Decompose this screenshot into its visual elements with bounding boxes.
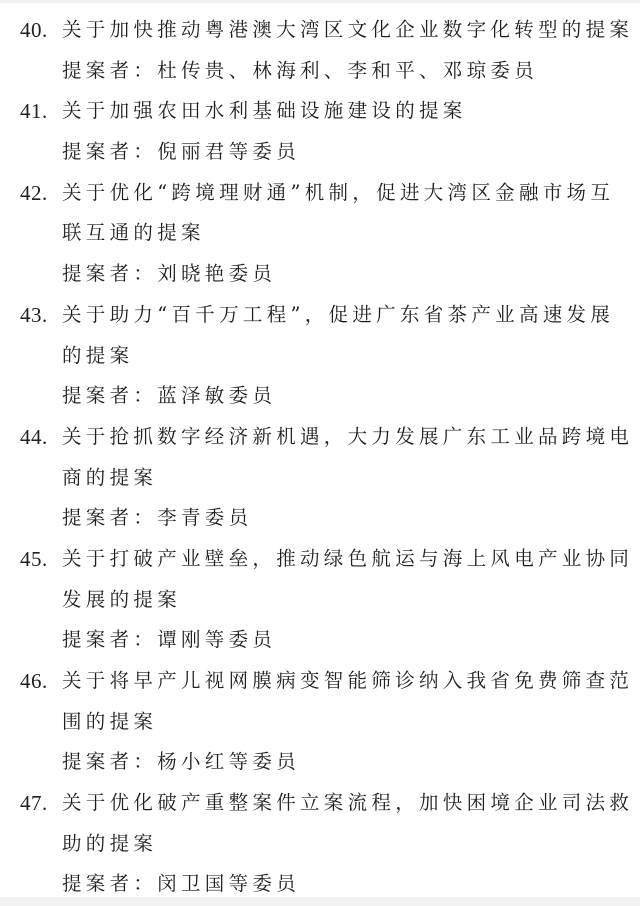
proposal-title: 关于打破产业壁垒，推动绿色航运与海上风电产业协同 [62, 539, 633, 580]
proposal-44-proposer: 提案者：李青委员 [0, 498, 640, 539]
proposal-number: 43. [20, 295, 48, 336]
proposal-43-title-line-2: 的提案 [0, 336, 640, 377]
proposal-title: 关于将早产儿视网膜病变智能筛诊纳入我省免费筛查范 [62, 661, 633, 702]
proposal-46-title-line-2: 围的提案 [0, 702, 640, 743]
proposal-title: 关于加强农田水利基础设施建设的提案 [62, 91, 467, 132]
proposal-40-proposer: 提案者：杜传贵、林海利、李和平、邓琼委员 [0, 51, 640, 92]
proposal-42-proposer: 提案者：刘晓艳委员 [0, 254, 640, 295]
proposer-text: 提案者：杜传贵、林海利、李和平、邓琼委员 [62, 51, 538, 92]
proposal-44-title-line-1: 44. 关于抢抓数字经济新机遇，大力发展广东工业品跨境电 [0, 417, 640, 458]
proposal-43-title-line-1: 43. 关于助力“百千万工程”，促进广东省茶产业高速发展 [0, 295, 640, 336]
proposal-number: 47. [20, 783, 48, 824]
proposal-45-title-line-2: 发展的提案 [0, 580, 640, 621]
proposal-45-proposer: 提案者：谭刚等委员 [0, 620, 640, 661]
proposer-text: 提案者：倪丽君等委员 [62, 132, 300, 173]
proposal-number: 40. [20, 10, 48, 51]
proposer-text: 提案者：刘晓艳委员 [62, 254, 276, 295]
proposal-46-title-line-1: 46. 关于将早产儿视网膜病变智能筛诊纳入我省免费筛查范 [0, 661, 640, 702]
proposal-title: 关于助力“百千万工程”，促进广东省茶产业高速发展 [62, 295, 614, 336]
proposal-43-proposer: 提案者：蓝泽敏委员 [0, 376, 640, 417]
proposal-47-title-line-2: 助的提案 [0, 824, 640, 865]
proposer-text: 提案者：蓝泽敏委员 [62, 376, 276, 417]
proposal-title-continued: 助的提案 [62, 824, 157, 865]
proposal-number: 45. [20, 539, 48, 580]
proposal-title: 关于优化“跨境理财通”机制，促进大湾区金融市场互 [62, 173, 614, 214]
proposal-title-continued: 围的提案 [62, 702, 157, 743]
proposal-title-continued: 发展的提案 [62, 580, 181, 621]
proposal-44-title-line-2: 商的提案 [0, 458, 640, 499]
proposal-title: 关于优化破产重整案件立案流程，加快困境企业司法救 [62, 783, 633, 824]
proposal-41-title-line-1: 41. 关于加强农田水利基础设施建设的提案 [0, 91, 640, 132]
proposal-number: 46. [20, 661, 48, 702]
proposal-42-title-line-2: 联互通的提案 [0, 213, 640, 254]
bottom-edge-band [0, 897, 640, 906]
proposal-title: 关于抢抓数字经济新机遇，大力发展广东工业品跨境电 [62, 417, 633, 458]
proposal-title-continued: 联互通的提案 [62, 213, 205, 254]
top-edge-band [0, 0, 640, 3]
proposal-title-continued: 商的提案 [62, 458, 157, 499]
proposal-45-title-line-1: 45. 关于打破产业壁垒，推动绿色航运与海上风电产业协同 [0, 539, 640, 580]
proposer-text: 提案者：李青委员 [62, 498, 252, 539]
proposer-text: 提案者：杨小红等委员 [62, 742, 300, 783]
proposal-42-title-line-1: 42. 关于优化“跨境理财通”机制，促进大湾区金融市场互 [0, 173, 640, 214]
proposal-40-title-line-1: 40. 关于加快推动粤港澳大湾区文化企业数字化转型的提案 [0, 10, 640, 51]
proposer-text: 提案者：谭刚等委员 [62, 620, 276, 661]
proposal-46-proposer: 提案者：杨小红等委员 [0, 742, 640, 783]
proposal-47-title-line-1: 47. 关于优化破产重整案件立案流程，加快困境企业司法救 [0, 783, 640, 824]
proposal-list: 40. 关于加快推动粤港澳大湾区文化企业数字化转型的提案 提案者：杜传贵、林海利… [0, 10, 640, 905]
proposal-title: 关于加快推动粤港澳大湾区文化企业数字化转型的提案 [62, 10, 633, 51]
proposal-title-continued: 的提案 [62, 336, 133, 377]
proposal-number: 44. [20, 417, 48, 458]
proposal-number: 42. [20, 173, 48, 214]
proposal-41-proposer: 提案者：倪丽君等委员 [0, 132, 640, 173]
proposal-number: 41. [20, 91, 48, 132]
